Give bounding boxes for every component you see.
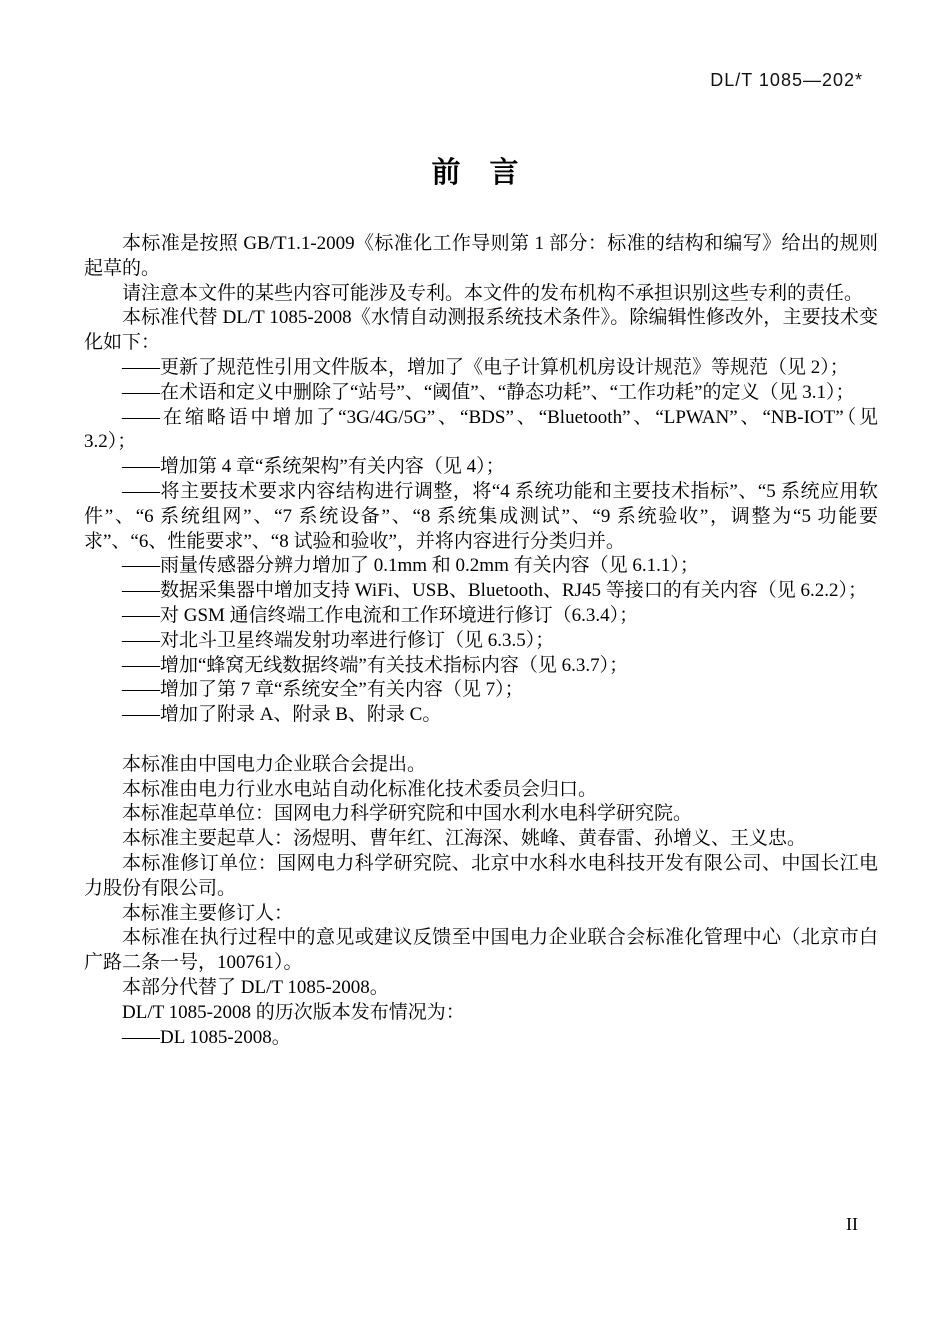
foreword-paragraph: 本标准由电力行业水电站自动化标准化技术委员会归口。 [84,778,878,803]
change-list-item: ——增加“蜂窝无线数据终端”有关技术指标内容（见 6.3.7）； [84,654,878,679]
change-list-item: ——DL 1085-2008。 [84,1026,878,1051]
page-title: 前 言 [0,150,950,191]
foreword-paragraph: 本标准修订单位：国网电力科学研究院、北京中水科水电科技开发有限公司、中国长江电力… [84,852,878,902]
foreword-paragraph: 本标准起草单位：国网电力科学研究院和中国水利水电科学研究院。 [84,802,878,827]
change-list-item: ——数据采集器中增加支持 WiFi、USB、Bluetooth、RJ45 等接口… [84,579,878,604]
change-list-item: ——在术语和定义中删除了“站号”、“阈值”、“静态功耗”、“工作功耗”的定义（见… [84,381,878,406]
foreword-paragraph: 本标准代替 DL/T 1085-2008《水情自动测报系统技术条件》。除编辑性修… [84,306,878,356]
change-list-item: ——增加第 4 章“系统架构”有关内容（见 4）； [84,455,878,480]
document-page: DL/T 1085—202* 前 言 本标准是按照 GB/T1.1-2009《标… [0,0,950,1344]
foreword-paragraph: 本标准主要修订人： [84,902,878,927]
foreword-paragraph: 请注意本文件的某些内容可能涉及专利。本文件的发布机构不承担识别这些专利的责任。 [84,282,878,307]
change-list-item: ——雨量传感器分辨力增加了 0.1mm 和 0.2mm 有关内容（见 6.1.1… [84,554,878,579]
change-list-item: ——在缩略语中增加了“3G/4G/5G”、“BDS”、“Bluetooth”、“… [84,406,878,456]
change-list-item: ——增加了第 7 章“系统安全”有关内容（见 7）； [84,678,878,703]
change-list-item: ——对 GSM 通信终端工作电流和工作环境进行修订（6.3.4）； [84,604,878,629]
foreword-paragraph: 本标准由中国电力企业联合会提出。 [84,753,878,778]
foreword-paragraph: 本标准在执行过程中的意见或建议反馈至中国电力企业联合会标准化管理中心（北京市白广… [84,926,878,976]
foreword-paragraph: 本标准主要起草人：汤煜明、曹年红、江海深、姚峰、黄春雷、孙增义、王义忠。 [84,827,878,852]
foreword-content: 本标准是按照 GB/T1.1-2009《标准化工作导则第 1 部分：标准的结构和… [84,232,878,1050]
change-list-item: ——增加了附录 A、附录 B、附录 C。 [84,703,878,728]
change-list-item: ——将主要技术要求内容结构进行调整，将“4 系统功能和主要技术指标”、“5 系统… [84,480,878,554]
foreword-paragraph: 本部分代替了 DL/T 1085-2008。 [84,976,878,1001]
page-number: II [846,1214,858,1235]
foreword-paragraph: 本标准是按照 GB/T1.1-2009《标准化工作导则第 1 部分：标准的结构和… [84,232,878,282]
standard-number-header: DL/T 1085—202* [710,70,863,91]
change-list-item: ——更新了规范性引用文件版本，增加了《电子计算机机房设计规范》等规范（见 2）； [84,356,878,381]
foreword-paragraph: DL/T 1085-2008 的历次版本发布情况为： [84,1001,878,1026]
change-list-item: ——对北斗卫星终端发射功率进行修订（见 6.3.5）； [84,629,878,654]
